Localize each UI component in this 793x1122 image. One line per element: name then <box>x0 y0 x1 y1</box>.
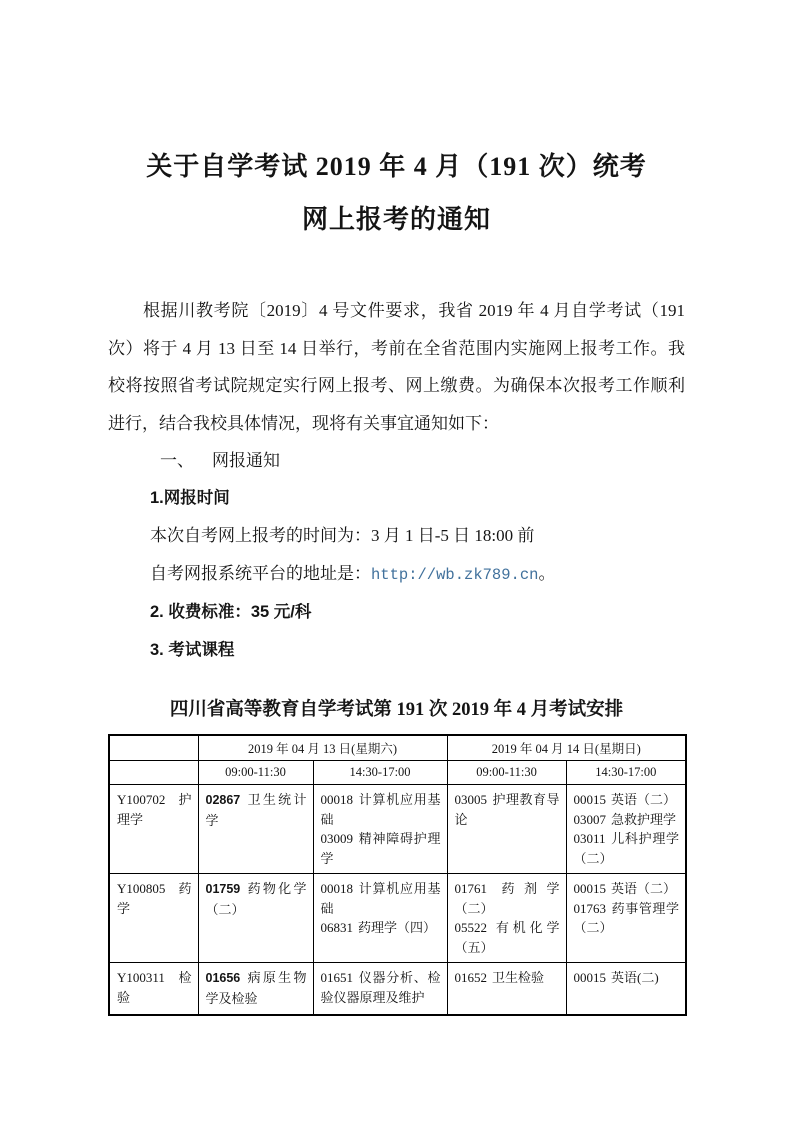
course-code: 01656 <box>206 971 241 985</box>
course-code: 00018 <box>321 881 354 896</box>
course-line: 03005护理教育导论 <box>455 790 560 829</box>
course-line: 00015英语(二) <box>574 968 680 988</box>
registration-time-line: 本次自考网上报考的时间为：3 月 1 日-5 日 18:00 前 <box>150 517 685 555</box>
course-name: 英语（二） <box>611 792 676 807</box>
document-title-line-2: 网上报考的通知 <box>60 193 733 246</box>
intro-paragraph: 根据川教考院〔2019〕4 号文件要求，我省 2019 年 4 月自学考试（19… <box>108 292 685 442</box>
document-title: 关于自学考试 2019 年 4 月（191 次）统考 网上报考的通知 <box>60 140 733 246</box>
exam-table-title: 四川省高等教育自学考试第 191 次 2019 年 4 月考试安排 <box>0 695 793 721</box>
document-page: 关于自学考试 2019 年 4 月（191 次）统考 网上报考的通知 根据川教考… <box>0 0 793 1122</box>
course-code: 00015 <box>574 881 607 896</box>
course-line: 03007急救护理学 <box>574 810 680 830</box>
course-code: 01763 <box>574 901 607 916</box>
course-name: 卫生检验 <box>492 970 544 985</box>
course-cell: 00015英语（二） 03007急救护理学 03011儿科护理学（二） <box>566 785 686 874</box>
platform-address-prefix: 自考网报系统平台的地址是： <box>150 564 371 583</box>
course-code: 00015 <box>574 792 607 807</box>
course-code: 03007 <box>574 812 607 827</box>
course-code: 00018 <box>321 792 354 807</box>
course-line: 01763药事管理学（二） <box>574 899 680 938</box>
course-line: 00015英语（二） <box>574 879 680 899</box>
course-line: 01759药物化学（二） <box>206 879 307 919</box>
exam-schedule-table: 2019 年 04 月 13 日(星期六) 2019 年 04 月 14 日(星… <box>108 734 687 1016</box>
course-code: 00015 <box>574 970 607 985</box>
course-line: 01761药剂学（二） <box>455 879 560 918</box>
course-line: 05522有机化学（五） <box>455 918 560 957</box>
table-row-pharmacy: Y100805 药学 01759药物化学（二） 00018计算机应用基础 068… <box>109 874 686 963</box>
course-line: 03011儿科护理学（二） <box>574 829 680 868</box>
item-1-heading: 1.网报时间 <box>150 480 685 518</box>
major-cell: Y100702 护理学 <box>109 785 198 874</box>
platform-address-suffix: 。 <box>538 564 555 583</box>
course-code: 03005 <box>455 792 488 807</box>
course-line: 02867卫生统计学 <box>206 790 307 830</box>
time-header-sun-pm: 14:30-17:00 <box>566 761 686 785</box>
time-header-sat-am: 09:00-11:30 <box>198 761 313 785</box>
date-header-saturday: 2019 年 04 月 13 日(星期六) <box>198 735 447 761</box>
table-row-nursing: Y100702 护理学 02867卫生统计学 00018计算机应用基础 0300… <box>109 785 686 874</box>
table-row-lab-testing: Y100311 检验 01656病原生物学及检验 01651仪器分析、检验仪器原… <box>109 963 686 1015</box>
document-title-line-1: 关于自学考试 2019 年 4 月（191 次）统考 <box>60 140 733 193</box>
course-line: 01656病原生物学及检验 <box>206 968 307 1008</box>
course-code: 01761 <box>455 881 488 896</box>
section-number: 一、 <box>160 451 194 470</box>
course-line: 03009精神障碍护理学 <box>321 829 441 868</box>
course-line: 01651仪器分析、检验仪器原理及维护 <box>321 968 441 1007</box>
course-cell: 01651仪器分析、检验仪器原理及维护 <box>313 963 447 1015</box>
section-heading-text: 网报通知 <box>212 451 280 470</box>
course-cell: 00018计算机应用基础 03009精神障碍护理学 <box>313 785 447 874</box>
course-code: 01651 <box>321 970 354 985</box>
major-cell: Y100805 药学 <box>109 874 198 963</box>
time-header-row: 09:00-11:30 14:30-17:00 09:00-11:30 14:3… <box>109 761 686 785</box>
course-code: 02867 <box>206 793 241 807</box>
course-cell: 00015英语（二） 01763药事管理学（二） <box>566 874 686 963</box>
course-line: 00018计算机应用基础 <box>321 790 441 829</box>
course-code: 03009 <box>321 831 354 846</box>
course-cell: 00018计算机应用基础 06831药理学（四） <box>313 874 447 963</box>
course-code: 01759 <box>206 882 241 896</box>
course-name: 英语(二) <box>611 970 659 985</box>
course-name: 英语（二） <box>611 881 676 896</box>
course-code: 05522 <box>455 920 488 935</box>
course-line: 00018计算机应用基础 <box>321 879 441 918</box>
course-line: 01652卫生检验 <box>455 968 560 988</box>
course-cell: 01652卫生检验 <box>447 963 566 1015</box>
course-code: 01652 <box>455 970 488 985</box>
course-name: 急救护理学 <box>611 812 676 827</box>
blank-corner-cell <box>109 761 198 785</box>
item-3-heading: 3. 考试课程 <box>150 632 685 670</box>
time-header-sat-pm: 14:30-17:00 <box>313 761 447 785</box>
course-cell: 00015英语(二) <box>566 963 686 1015</box>
platform-address-line: 自考网报系统平台的地址是：http://wb.zk789.cn。 <box>150 555 685 595</box>
course-code: 03011 <box>574 831 606 846</box>
course-line: 00015英语（二） <box>574 790 680 810</box>
time-header-sun-am: 09:00-11:30 <box>447 761 566 785</box>
date-header-row: 2019 年 04 月 13 日(星期六) 2019 年 04 月 14 日(星… <box>109 735 686 761</box>
course-code: 06831 <box>321 920 354 935</box>
course-cell: 03005护理教育导论 <box>447 785 566 874</box>
course-cell: 01759药物化学（二） <box>198 874 313 963</box>
section-one-block: 一、网报通知 1.网报时间 本次自考网上报考的时间为：3 月 1 日-5 日 1… <box>150 442 685 669</box>
major-cell: Y100311 检验 <box>109 963 198 1015</box>
item-2-heading: 2. 收费标准：35 元/科 <box>150 594 685 632</box>
course-cell: 02867卫生统计学 <box>198 785 313 874</box>
course-cell: 01656病原生物学及检验 <box>198 963 313 1015</box>
report-platform-link[interactable]: http://wb.zk789.cn <box>371 566 538 584</box>
course-name: 药理学（四） <box>358 920 436 935</box>
blank-corner-cell <box>109 735 198 761</box>
section-heading: 一、网报通知 <box>150 442 685 480</box>
date-header-sunday: 2019 年 04 月 14 日(星期日) <box>447 735 686 761</box>
course-cell: 01761药剂学（二） 05522有机化学（五） <box>447 874 566 963</box>
course-line: 06831药理学（四） <box>321 918 441 938</box>
